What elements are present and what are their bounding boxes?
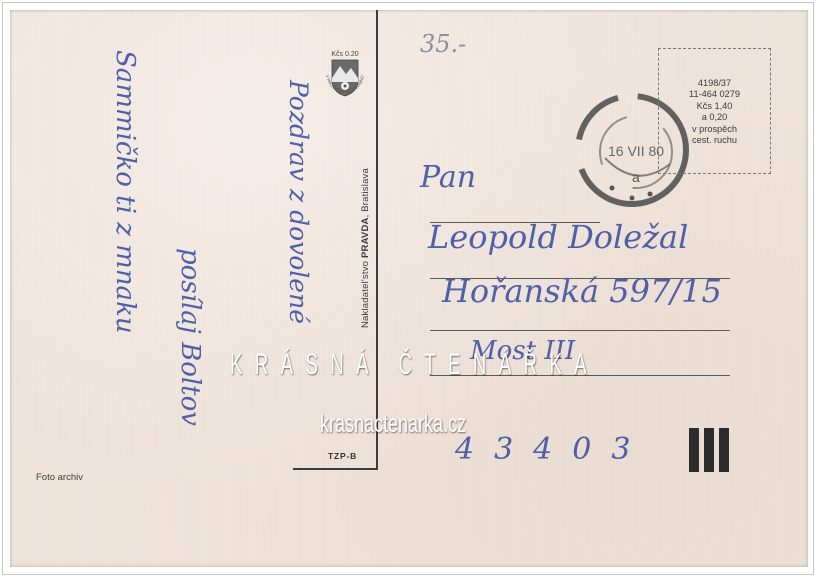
publisher-imprint: Nakladatel'stvo PRAVDA, Bratislava	[360, 168, 371, 328]
photo-credit: Foto archiv	[36, 472, 83, 483]
stamp-line: Kčs 1,40	[697, 101, 733, 113]
mountain-edelweiss-icon: Kčs 0.20 V PROSPĚCH CESTOVNÍHO RUCHU	[320, 48, 370, 104]
stamp-line: v prospěch	[692, 124, 737, 136]
stamp-line: a 0,20	[702, 112, 728, 124]
handwritten-price-note: 35.-	[420, 30, 466, 58]
postmark-letter: a	[632, 169, 640, 185]
watermark-url: krasnactenarka.cz	[320, 410, 466, 439]
address-line-3	[430, 330, 730, 331]
message-address-divider	[376, 10, 378, 470]
postcard-back: Kčs 0.20 V PROSPĚCH CESTOVNÍHO RUCHU Nak…	[10, 10, 808, 567]
address-street: Hořanská 597/15	[442, 272, 722, 310]
watermark-title: KRÁSNÁ ČTENÁŘKA	[230, 348, 599, 382]
stamp-placeholder-box: 4198/37 11-464 0279 Kčs 1,40 a 0,20 v pr…	[658, 48, 771, 174]
message-column-3: Pozdrav z dovolené	[284, 80, 313, 324]
address-salutation: Pan	[420, 160, 476, 195]
postmark-date: 16 VII 80	[608, 143, 664, 159]
address-name: Leopold Doležal	[428, 218, 688, 256]
series-code: TZP-B	[328, 451, 357, 461]
publisher-city: , Bratislava	[360, 168, 371, 217]
stamp-line: 11-464 0279	[689, 89, 740, 101]
publisher-name: PRAVDA	[360, 217, 371, 258]
message-column-2: posílaj Boltov	[175, 248, 205, 426]
stamp-line: cest. ruchu	[692, 135, 737, 147]
message-column-1: Sammičko ti z mnaku	[110, 50, 140, 334]
postal-code-bars	[689, 428, 729, 472]
publisher-box-bottom-line	[293, 468, 378, 470]
address-zip: 43403	[455, 432, 650, 467]
publisher-prefix: Nakladatel'stvo	[360, 258, 371, 328]
logo-price-text: Kčs 0.20	[331, 51, 358, 58]
stamp-line: 4198/37	[698, 78, 731, 90]
